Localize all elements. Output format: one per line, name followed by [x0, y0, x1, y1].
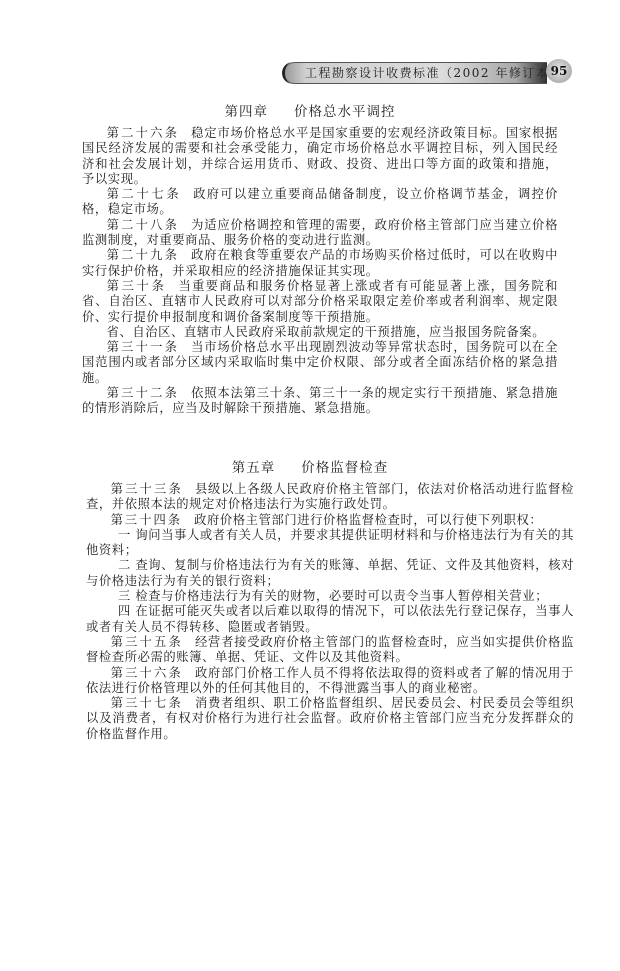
book-title: 工程勘察设计收费标准（2002 年修订本） [305, 64, 563, 81]
chapter-title: 价格总水平调控 [294, 104, 396, 120]
article-33: 第三十三条县级以上各级人民政府价格主管部门，依法对价格活动进行监督检查，并依照本… [86, 482, 574, 513]
power-item-1: 一 询问当事人或者有关人员，并要求其提供证明材料和与价格违法行为有关的其他资料； [86, 528, 574, 559]
article-30-para-2: 省、自治区、直辖市人民政府采取前款规定的干预措施，应当报国务院备案。 [82, 325, 558, 340]
article-28: 第二十八条为适应价格调控和管理的需要，政府价格主管部门应当建立价格监测制度，对重… [82, 218, 558, 249]
chapter-title: 价格监督检查 [301, 460, 388, 476]
article-31: 第三十一条当市场价格总水平出现剧烈波动等异常状态时，国务院可以在全国范围内或者部… [82, 340, 558, 386]
article-32: 第三十二条依照本法第三十条、第三十一条的规定实行干预措施、紧急措施的情形消除后，… [82, 386, 558, 417]
chapter-number: 第五章 [232, 460, 276, 476]
power-item-2: 二 查询、复制与价格违法行为有关的账簿、单据、凭证、文件及其他资料，核对与价格违… [86, 558, 574, 589]
article-30: 第三十条当重要商品和服务价格显著上涨或者有可能显著上涨，国务院和省、自治区、直辖… [82, 279, 558, 325]
power-item-4: 四 在证据可能灭失或者以后难以取得的情况下，可以依法先行登记保存，当事人或者有关… [86, 604, 574, 635]
chapter-5-heading: 第五章价格监督检查 [0, 456, 620, 476]
article-34: 第三十四条政府价格主管部门进行价格监督检查时，可以行使下列职权： [86, 513, 574, 528]
chapter-4-heading: 第四章价格总水平调控 [0, 100, 620, 120]
article-27: 第二十七条政府可以建立重要商品储备制度，设立价格调节基金，调控价格，稳定市场。 [82, 187, 558, 218]
power-item-3: 三 检查与价格违法行为有关的财物，必要时可以责令当事人暂停相关营业； [86, 589, 574, 604]
article-36: 第三十六条政府部门价格工作人员不得将依法取得的资料或者了解的情况用于依法进行价格… [86, 666, 574, 697]
article-26: 第二十六条稳定市场价格总水平是国家重要的宏观经济政策目标。国家根据国民经济发展的… [82, 126, 558, 187]
article-29: 第二十九条政府在粮食等重要农产品的市场购买价格过低时，可以在收购中实行保护价格，… [82, 248, 558, 279]
chapter-5-body: 第三十三条县级以上各级人民政府价格主管部门，依法对价格活动进行监督检查，并依照本… [86, 482, 574, 742]
page-number: 95 [546, 59, 572, 83]
chapter-4-body: 第二十六条稳定市场价格总水平是国家重要的宏观经济政策目标。国家根据国民经济发展的… [82, 126, 558, 417]
article-35: 第三十五条经营者接受政府价格主管部门的监督检查时，应当如实提供价格监督检查所必需… [86, 635, 574, 666]
header-banner-cap [282, 62, 295, 84]
article-37: 第三十七条消费者组织、职工价格监督组织、居民委员会、村民委员会等组织以及消费者，… [86, 696, 574, 742]
chapter-number: 第四章 [225, 104, 269, 120]
